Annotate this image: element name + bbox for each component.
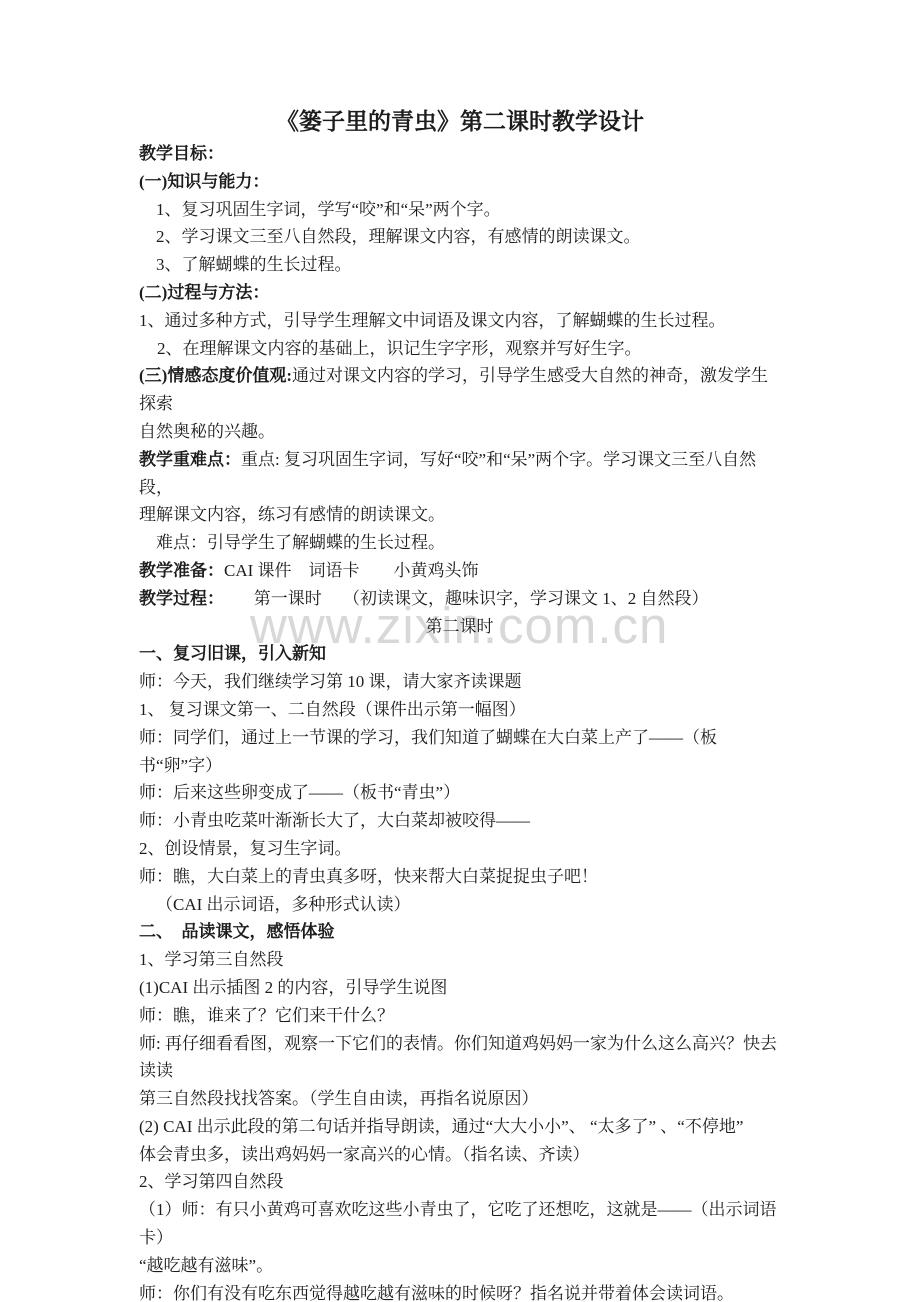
doc-line: 师：后来这些卵变成了——（板书“青虫”） — [139, 779, 780, 807]
doc-line: 教学重难点：重点: 复习巩固生字词，写好“咬”和“呆”两个字。学习课文三至八自然… — [139, 446, 780, 502]
doc-line: 教学准备：CAI 课件 词语卡 小黄鸡头饰 — [139, 557, 780, 585]
document-page: www.zixin.com.cn 《篓子里的青虫》第二课时教学设计 教学目标：(… — [0, 0, 920, 1302]
doc-line: 师：瞧，大白菜上的青虫真多呀，快来帮大白菜捉捉虫子吧！ — [139, 863, 780, 891]
doc-line: (一)知识与能力： — [139, 168, 780, 196]
doc-line: 难点：引导学生了解蝴蝶的生长过程。 — [139, 529, 780, 557]
doc-line: (2) CAI 出示此段的第二句话并指导朗读，通过“大大小小”、 “太多了” 、… — [139, 1113, 780, 1141]
doc-line-label: 教学过程： — [139, 589, 216, 608]
doc-line: 2、学习课文三至八自然段，理解课文内容，有感情的朗读课文。 — [139, 223, 780, 251]
doc-line: 1、学习第三自然段 — [139, 946, 780, 974]
document: 《篓子里的青虫》第二课时教学设计 教学目标：(一)知识与能力：1、复习巩固生字词… — [0, 0, 920, 1302]
doc-line: (三)情感态度价值观:通过对课文内容的学习，引导学生感受大自然的神奇，激发学生探… — [139, 362, 780, 418]
doc-line-label: (一)知识与能力： — [139, 172, 269, 191]
doc-line: 理解课文内容，练习有感情的朗读课文。 — [139, 501, 780, 529]
doc-line-label: 二、 品读课文，感悟体验 — [139, 922, 335, 941]
doc-line-label: 教学重难点： — [139, 450, 241, 469]
doc-line-label: (二)过程与方法： — [139, 283, 269, 302]
doc-line: (1)CAI 出示插图 2 的内容，引导学生说图 — [139, 974, 780, 1002]
doc-line: 二、 品读课文，感悟体验 — [139, 918, 780, 946]
doc-line: 自然奥秘的兴趣。 — [139, 418, 780, 446]
doc-line-label: 教学目标： — [139, 144, 224, 163]
doc-line: 3、了解蝴蝶的生长过程。 — [139, 251, 780, 279]
doc-line: “越吃越有滋味”。 — [139, 1252, 780, 1280]
doc-line: 师：同学们，通过上一节课的学习，我们知道了蝴蝶在大白菜上产了——（板书“卵”字） — [139, 724, 780, 780]
doc-line-label: 一、复习旧课，引入新知 — [139, 644, 326, 663]
doc-line: （1）师：有只小黄鸡可喜欢吃这些小青虫了，它吃了还想吃，这就是——（出示词语卡） — [139, 1196, 780, 1252]
doc-line: 教学目标： — [139, 140, 780, 168]
doc-line: （CAI 出示词语，多种形式认读） — [139, 891, 780, 919]
doc-line: 2、在理解课文内容的基础上，识记生字字形，观察并写好生字。 — [139, 335, 780, 363]
doc-line: 师：今天，我们继续学习第 10 课，请大家齐读课题 — [139, 668, 780, 696]
doc-line: (二)过程与方法： — [139, 279, 780, 307]
doc-line: 2、学习第四自然段 — [139, 1168, 780, 1196]
doc-line: 师：小青虫吃菜叶渐渐长大了，大白菜却被咬得—— — [139, 807, 780, 835]
doc-line: 师: 再仔细看看图，观察一下它们的表情。你们知道鸡妈妈一家为什么这么高兴？快去读… — [139, 1030, 780, 1086]
doc-line-label: 教学准备： — [139, 561, 224, 580]
doc-line: 教学过程： 第一课时 （初读课文，趣味识字，学习课文 1、2 自然段） — [139, 585, 780, 613]
doc-line: 师：你们有没有吃东西觉得越吃越有滋味的时候呀？指名说并带着体会读词语。 — [139, 1280, 780, 1302]
doc-line: 师：瞧，谁来了？它们来干什么？ — [139, 1002, 780, 1030]
doc-line: 一、复习旧课，引入新知 — [139, 640, 780, 668]
doc-line: 1、通过多种方式，引导学生理解文中词语及课文内容，了解蝴蝶的生长过程。 — [139, 307, 780, 335]
doc-line: 体会青虫多，读出鸡妈妈一家高兴的心情。（指名读、齐读） — [139, 1141, 780, 1169]
doc-line-label: (三)情感态度价值观: — [139, 366, 292, 385]
doc-line: 2、创设情景，复习生字词。 — [139, 835, 780, 863]
document-body: 教学目标：(一)知识与能力：1、复习巩固生字词，学写“咬”和“呆”两个字。2、学… — [139, 140, 780, 1302]
page-title: 《篓子里的青虫》第二课时教学设计 — [0, 0, 920, 140]
doc-line: 1、 复习课文第一、二自然段（课件出示第一幅图） — [139, 696, 780, 724]
doc-line: 1、复习巩固生字词，学写“咬”和“呆”两个字。 — [139, 196, 780, 224]
doc-line: 第三自然段找找答案。（学生自由读，再指名说原因） — [139, 1085, 780, 1113]
doc-line: 第二课时 — [139, 613, 780, 641]
